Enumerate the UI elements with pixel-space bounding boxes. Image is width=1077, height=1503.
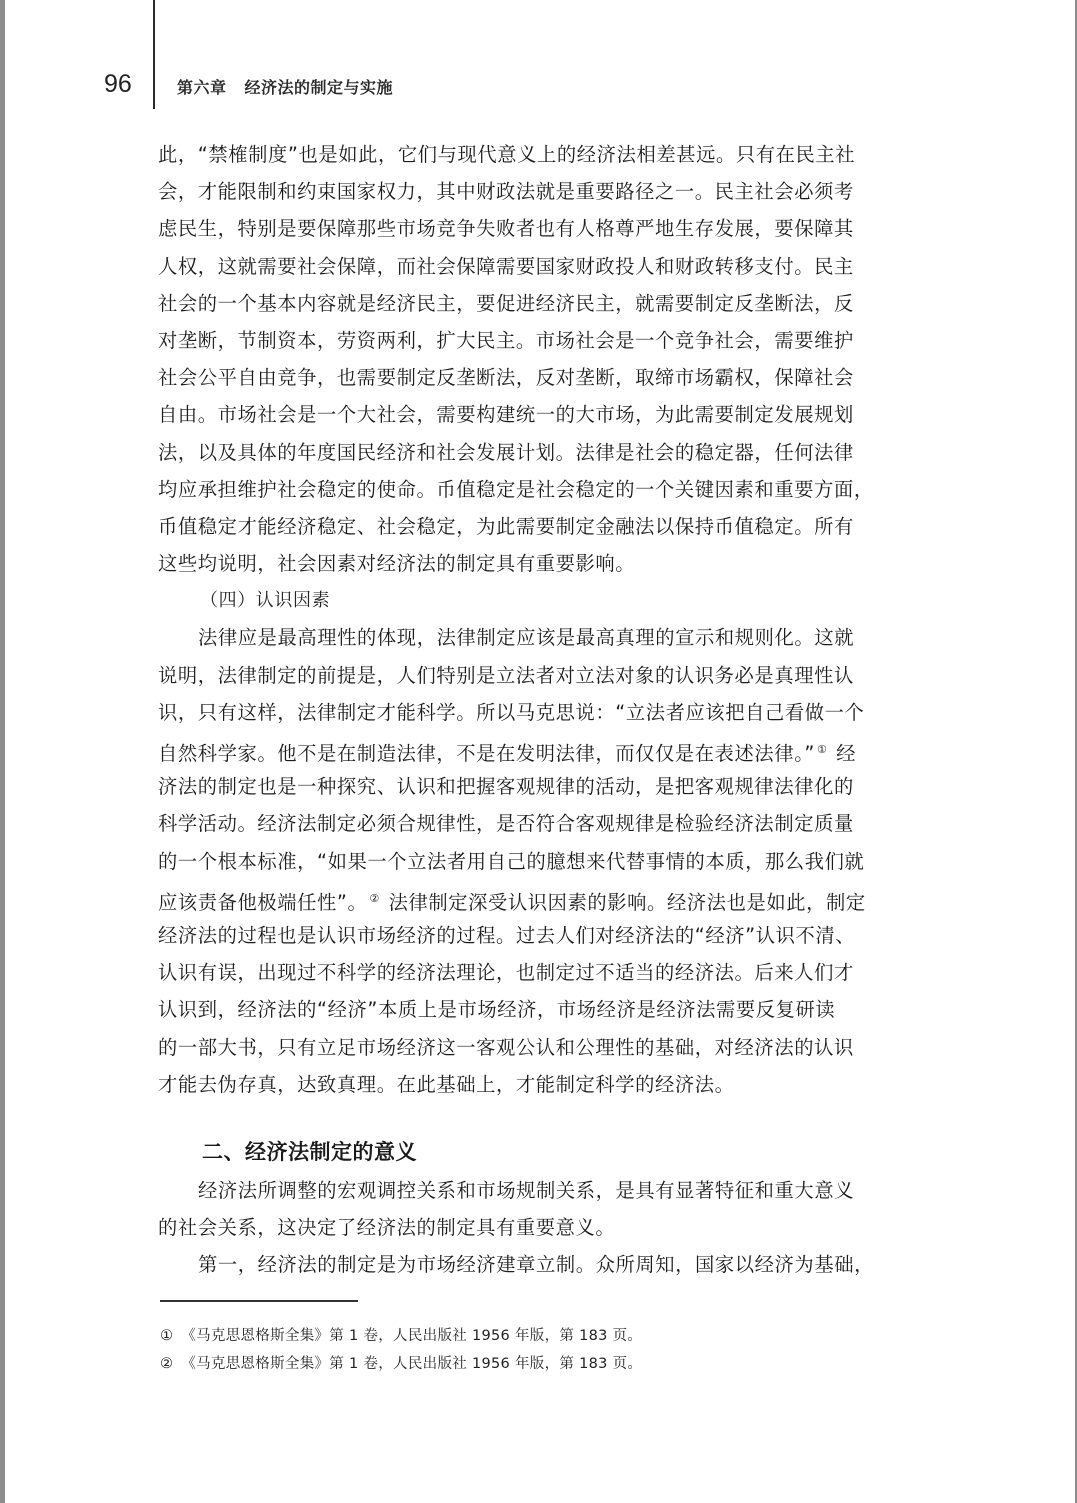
text-line: 社会公平自由竞争，也需要制定反垄断法，反对垄断，取缔市场霸权，保障社会 xyxy=(158,359,958,396)
footnote-ref-1[interactable]: ① xyxy=(817,743,827,756)
section-heading: 二、经济法制定的意义 xyxy=(202,1136,417,1166)
text-line: 此，“禁榷制度”也是如此，它们与现代意义上的经济法相差甚远。只有在民主社 xyxy=(158,136,958,173)
footnote-ref-2[interactable]: ② xyxy=(369,892,379,905)
text-line: 经济法所调整的宏观调控关系和市场规制关系，是具有显著特征和重大意义 xyxy=(158,1172,958,1209)
text-line: 经济法的过程也是认识市场经济的过程。过去人们对经济法的“经济”认识不清、 xyxy=(158,917,958,954)
chapter-title: 经济法的制定与实施 xyxy=(245,78,394,97)
footnote-1: ①《马克思恩格斯全集》第 1 卷，人民出版社 1956 年版，第 183 页。 xyxy=(160,1322,642,1350)
page-left-edge xyxy=(0,0,5,1503)
quote-text: 自然科学家。他不是在制造法律，不是在发明法律，而仅仅是在表述法律。” xyxy=(158,742,815,765)
text-line: 这些均说明，社会因素对经济法的制定具有重要影响。 xyxy=(158,545,958,582)
footnote-text: 《马克思恩格斯全集》第 1 卷，人民出版社 1956 年版，第 183 页。 xyxy=(181,1328,642,1344)
text-line: 才能去伪存真，达致真理。在此基础上，才能制定科学的经济法。 xyxy=(158,1066,958,1103)
footnote-2: ②《马克思恩格斯全集》第 1 卷，人民出版社 1956 年版，第 183 页。 xyxy=(160,1350,642,1378)
text-line: 对垄断，节制资本，劳资两利，扩大民主。市场社会是一个竞争社会，需要维护 xyxy=(158,322,958,359)
text-line: 法律应是最高理性的体现，法律制定应该是最高真理的宣示和规则化。这就 xyxy=(158,619,958,656)
text-line: 应该责备他极端任性”。② 法律制定深受认识因素的影响。经济法也是如此，制定 xyxy=(158,880,958,917)
subsection-heading: （四）认识因素 xyxy=(158,582,958,619)
quote-text: 应该责备他极端任性”。 xyxy=(158,891,367,914)
page-number: 96 xyxy=(104,70,132,99)
header-divider xyxy=(153,0,155,109)
text-line: 人权，这就需要社会保障，而社会保障需要国家财政投人和财政转移支付。民主 xyxy=(158,248,958,285)
text-continuation: 法律制定深受认识因素的影响。经济法也是如此，制定 xyxy=(382,891,866,914)
footnote-mark: ① xyxy=(160,1328,173,1344)
text-line: 法，以及具体的年度国民经济和社会发展计划。法律是社会的稳定器，任何法律 xyxy=(158,434,958,471)
text-line: 的一个根本标准，“如果一个立法者用自己的臆想来代替事情的本质，那么我们就 xyxy=(158,843,958,880)
text-line: 认识有误，出现过不科学的经济法理论，也制定过不适当的经济法。后来人们才 xyxy=(158,954,958,991)
footnote-mark: ② xyxy=(160,1356,173,1372)
text-line: 识，只有这样，法律制定才能科学。所以马克思说：“立法者应该把自己看做一个 xyxy=(158,694,958,731)
text-line: 币值稳定才能经济稳定、社会稳定，为此需要制定金融法以保持币值稳定。所有 xyxy=(158,508,958,545)
text-line: 的一部大书，只有立足市场经济这一客观公认和公理性的基础，对经济法的认识 xyxy=(158,1029,958,1066)
footnotes: ①《马克思恩格斯全集》第 1 卷，人民出版社 1956 年版，第 183 页。 … xyxy=(160,1322,642,1378)
footnote-text: 《马克思恩格斯全集》第 1 卷，人民出版社 1956 年版，第 183 页。 xyxy=(181,1356,642,1372)
text-line: 说明，法律制定的前提是，人们特别是立法者对立法对象的认识务必是真理性认 xyxy=(158,657,958,694)
text-line: 会，才能限制和约束国家权力，其中财政法就是重要路径之一。民主社会必须考 xyxy=(158,173,958,210)
running-head: 第六章经济法的制定与实施 xyxy=(177,75,393,98)
section-body: 经济法所调整的宏观调控关系和市场规制关系，是具有显著特征和重大意义 的社会关系，… xyxy=(158,1172,958,1284)
text-line: 第一，经济法的制定是为市场经济建章立制。众所周知，国家以经济为基础， xyxy=(158,1246,958,1283)
text-line: 虑民生，特别是要保障那些市场竞争失败者也有人格尊严地生存发展，要保障其 xyxy=(158,210,958,247)
chapter-label: 第六章 xyxy=(177,78,227,97)
text-line: 自然科学家。他不是在制造法律，不是在发明法律，而仅仅是在表述法律。”① 经 xyxy=(158,731,958,768)
text-line: 自由。市场社会是一个大社会，需要构建统一的大市场，为此需要制定发展规划 xyxy=(158,396,958,433)
text-line: 社会的一个基本内容就是经济民主，要促进经济民主，就需要制定反垄断法，反 xyxy=(158,285,958,322)
footnote-divider xyxy=(160,1300,358,1302)
text-line: 认识到，经济法的“经济”本质上是市场经济，市场经济是经济法需要反复研读 xyxy=(158,991,958,1028)
text-continuation: 经 xyxy=(830,742,857,765)
body-text: 此，“禁榷制度”也是如此，它们与现代意义上的经济法相差甚远。只有在民主社 会，才… xyxy=(158,136,958,1103)
text-line: 均应承担维护社会稳定的使命。币值稳定是社会稳定的一个关键因素和重要方面， xyxy=(158,471,958,508)
text-line: 济法的制定也是一种探究、认识和把握客观规律的活动，是把客观规律法律化的 xyxy=(158,768,958,805)
text-line: 科学活动。经济法制定必须合规律性，是否符合客观规律是检验经济法制定质量 xyxy=(158,805,958,842)
text-line: 的社会关系，这决定了经济法的制定具有重要意义。 xyxy=(158,1209,958,1246)
